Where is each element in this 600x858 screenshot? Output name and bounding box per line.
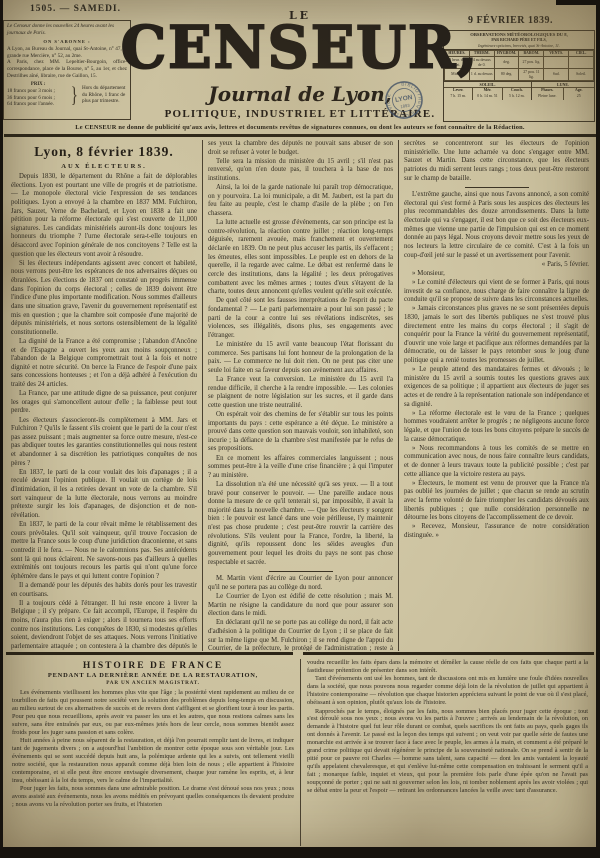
paragraph: En 1837, le parti de la cour voulait des… <box>11 469 197 521</box>
paragraph: La France veut la conversion. Le ministè… <box>208 376 393 411</box>
paragraph: Les électeurs s'associeront-ils complète… <box>11 417 197 469</box>
feuilleton-col2-body: voudra recueillir les faits épars dans l… <box>307 659 588 795</box>
photo-edge-topright <box>556 0 600 5</box>
column-3-body: secrètes se concentreront sur les électe… <box>404 140 589 541</box>
paragraph: En ce moment les affaires commerciales l… <box>208 455 393 481</box>
paragraph: L'extrême gauche, ainsi que nous l'avons… <box>404 191 589 260</box>
paragraph: » La réforme électorale est le vœu de la… <box>404 410 589 445</box>
paragraph: Tant d'événements ont usé les hommes, ta… <box>307 675 588 707</box>
masthead-tagline: POLITIQUE, INDUSTRIEL ET LITTÉRAIRE. <box>0 108 600 120</box>
photo-edge-bottom <box>0 847 600 858</box>
masthead-title: CENSEUR, <box>0 13 600 81</box>
paragraph: Pour juger les faits, nous sommes dans u… <box>12 785 294 809</box>
stamp-year: 1893 <box>400 103 411 110</box>
paragraph: Il a toujours cédé à l'étranger. Il lui … <box>11 600 197 651</box>
publicity-notice: Le CENSEUR ne donne de publicité qu'aux … <box>0 124 600 131</box>
paragraph: Telle sera la mission du ministère du 15… <box>208 158 393 184</box>
feuilleton-subtitle: PENDANT LA DERNIÈRE ANNÉE DE LA RESTAURA… <box>12 672 294 679</box>
paragraph: secrètes se concentreront sur les électe… <box>404 140 589 183</box>
paragraph: Il a demandé pour les députés des habits… <box>11 582 197 599</box>
paragraph: voudra recueillir les faits épars dans l… <box>307 659 588 675</box>
feuilleton-column-2: voudra recueillir les faits épars dans l… <box>300 659 594 846</box>
article-column-1: Lyon, 8 février 1839. AUX ÉLECTEURS. Dep… <box>6 140 202 651</box>
paragraph: La lutte actuelle est grosse d'événement… <box>208 219 393 297</box>
feuilleton-col1-body: Les événements vieillissent les hommes p… <box>12 689 294 809</box>
header-rule <box>4 134 596 137</box>
paragraph: On espérait voir des chemins de fer s'ét… <box>208 411 393 454</box>
paragraph: ses yeux la chambre des députés ne pouva… <box>208 140 393 157</box>
main-article: Lyon, 8 février 1839. AUX ÉLECTEURS. Dep… <box>6 140 594 651</box>
paragraph: Si les électeurs indépendants agissent a… <box>11 260 197 338</box>
paragraph: La dignité de la France a été compromise… <box>11 338 197 390</box>
paragraph: En 1837, le parti de la cour rêvait même… <box>11 521 197 581</box>
paragraph: La France, par une attitude digne de sa … <box>11 390 197 416</box>
paragraph: Le Courrier de Lyon est édifié de cette … <box>208 593 393 619</box>
article-subhead: AUX ÉLECTEURS. <box>11 163 197 170</box>
feuilleton-title: HISTOIRE DE FRANCE <box>12 661 294 671</box>
paragraph: « Paris, 5 février. <box>404 261 589 270</box>
paragraph: » Le comité d'électeurs qui vient de se … <box>404 279 589 305</box>
column-2-body: ses yeux la chambre des députés ne pouva… <box>208 140 393 651</box>
library-stamp-icon: BIBLIOTHÈQUE DE LA VILLE LYON 1893 <box>380 76 429 125</box>
column-1-body: Depuis 1830, le département du Rhône a f… <box>11 173 197 651</box>
feuilleton-separator-right <box>303 652 594 655</box>
paragraph: » Le peuple attend des mandataires ferme… <box>404 366 589 409</box>
feuilleton-column-1: HISTOIRE DE FRANCE PENDANT LA DERNIÈRE A… <box>6 659 300 846</box>
paragraph: » Nous recommandons à tous les comités d… <box>404 445 589 480</box>
paragraph: » Jamais circonstances plus graves ne se… <box>404 305 589 365</box>
photo-edge-left <box>0 0 3 858</box>
article-column-2: ses yeux la chambre des députés ne pouva… <box>202 140 398 651</box>
paragraph: M. Martin vient d'écrire au Courrier de … <box>208 575 393 592</box>
article-column-3: secrètes se concentreront sur les électe… <box>398 140 594 651</box>
feuilleton-byline: PAR UN ANCIEN MAGISTRAT. <box>12 680 294 686</box>
paragraph: » Monsieur, <box>404 270 589 279</box>
feuilleton-section: HISTOIRE DE FRANCE PENDANT LA DERNIÈRE A… <box>6 659 594 846</box>
paragraph: Depuis 1830, le département du Rhône a f… <box>11 173 197 259</box>
section-divider <box>465 187 529 188</box>
paragraph: La dissolution n'a été une nécessité qu'… <box>208 481 393 567</box>
feuilleton-separator-left <box>6 652 293 655</box>
paragraph: Ainsi, la loi de la garde nationale lui … <box>208 184 393 219</box>
paragraph: Huit années à peine nous séparent de la … <box>12 737 294 785</box>
photo-edge-right <box>596 0 600 858</box>
paragraph: Les événements vieillissent les hommes p… <box>12 689 294 737</box>
paragraph: » Électeurs, le moment est venu de prouv… <box>404 480 589 523</box>
paragraph: Le ministère du 15 avril vante beaucoup … <box>208 341 393 376</box>
masthead-subtitle: Journal de Lyon, <box>0 82 600 106</box>
paragraph: De quel côté sont les fausses interpréta… <box>208 297 393 340</box>
paragraph: » Recevez, Monsieur, l'assurance de notr… <box>404 523 589 540</box>
newspaper-page: 1505. — SAMEDI. 9 FÉVRIER 1839. Le Cense… <box>0 0 600 858</box>
article-dateline: Lyon, 8 février 1839. <box>11 144 197 160</box>
paragraph: En déclarant qu'il ne se porte pas au co… <box>208 619 393 651</box>
section-divider <box>269 571 333 572</box>
newspaper-photo: { "header": { "issue_line": "1505. — SAM… <box>0 0 600 858</box>
paragraph: Rapprochés par le temps, éloignés par le… <box>307 708 588 795</box>
